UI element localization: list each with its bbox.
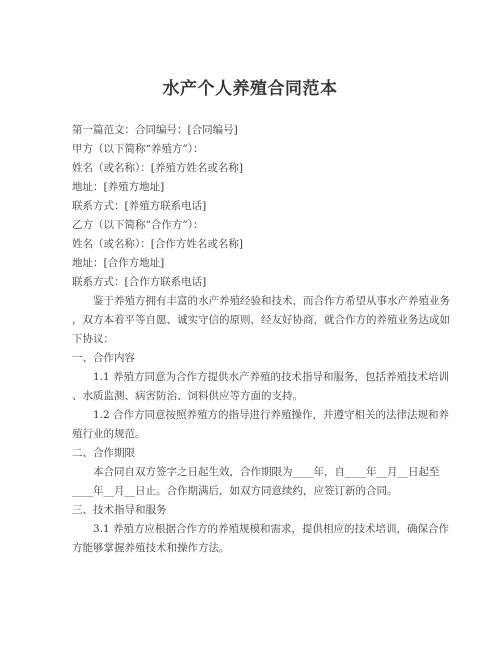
text-line: 二、合作期限 xyxy=(72,444,444,463)
text-line: 下协议： xyxy=(72,330,444,349)
text-line: ____年__月__日止。合作期满后，如双方同意续约，应签订新的合同。 xyxy=(72,482,444,501)
text-line: 地址：[养殖方地址] xyxy=(72,178,444,197)
text-line: 乙方（以下简称“合作方”）： xyxy=(72,216,444,235)
text-line: 联系方式：[合作方联系电话] xyxy=(72,273,444,292)
text-line: 1.2 合作方同意按照养殖方的指导进行养殖操作，并遵守相关的法律法规和养 xyxy=(72,406,444,425)
text-line: 三、技术指导和服务 xyxy=(72,501,444,520)
text-line: 殖行业的规范。 xyxy=(72,425,444,444)
text-line: 联系方式：[养殖方联系电话] xyxy=(72,197,444,216)
text-line: 鉴于养殖方拥有丰富的水产养殖经验和技术，而合作方希望从事水产养殖业务 xyxy=(72,292,444,311)
text-line: 甲方（以下简称“养殖方”）： xyxy=(72,140,444,159)
text-line: 方能够掌握养殖技术和操作方法。 xyxy=(72,539,444,558)
text-line: 第一篇范文：合同编号：[合同编号] xyxy=(72,121,444,140)
text-line: 姓名（或名称）：[合作方姓名或名称] xyxy=(72,235,444,254)
text-line: 姓名（或名称）：[养殖方姓名或名称] xyxy=(72,159,444,178)
text-line: 3.1 养殖方应根据合作方的养殖规模和需求，提供相应的技术培训，确保合作 xyxy=(72,520,444,539)
document-page: 水产个人养殖合同范本 第一篇范文：合同编号：[合同编号]甲方（以下简称“养殖方”… xyxy=(0,0,500,647)
text-line: 一、合作内容 xyxy=(72,349,444,368)
text-line: 、水质监测、病害防治、饲料供应等方面的支持。 xyxy=(72,387,444,406)
text-line: 本合同自双方签字之日起生效，合作期限为____年，自____年__月__日起至 xyxy=(72,463,444,482)
text-line: 地址：[合作方地址] xyxy=(72,254,444,273)
document-title: 水产个人养殖合同范本 xyxy=(0,74,500,99)
text-line: ，双方本着平等自愿、诚实守信的原则，经友好协商，就合作方的养殖业务达成如 xyxy=(72,311,444,330)
document-body: 第一篇范文：合同编号：[合同编号]甲方（以下简称“养殖方”）：姓名（或名称）：[… xyxy=(72,121,444,558)
text-line: 1.1 养殖方同意为合作方提供水产养殖的技术指导和服务，包括养殖技术培训 xyxy=(72,368,444,387)
